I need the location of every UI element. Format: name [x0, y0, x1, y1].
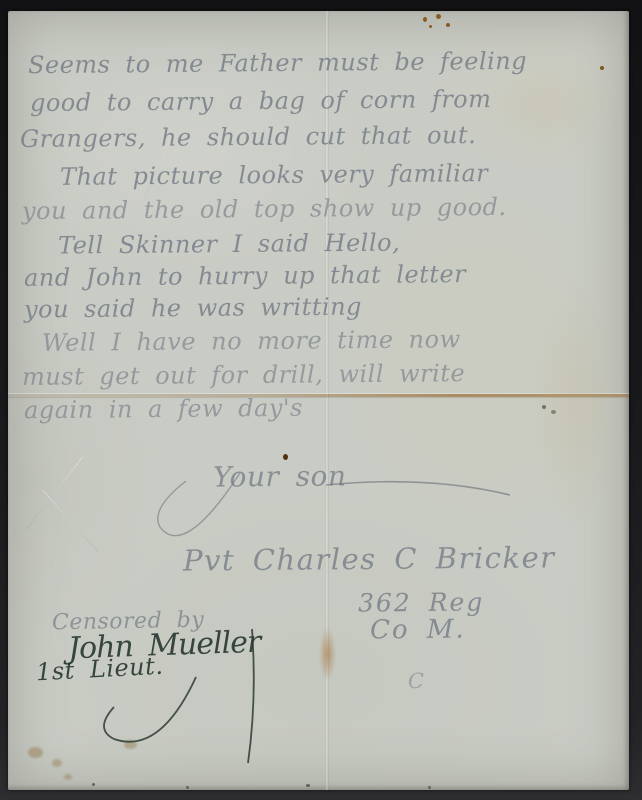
letter-line: Seems to me Father must be feeling [28, 49, 527, 77]
rust-speck [446, 23, 450, 27]
foxing-stain [28, 747, 43, 758]
letter-line: good to carry a bag of corn from [30, 87, 492, 115]
foxing-stain [64, 774, 72, 780]
letter-line: Grangers, he should cut that out. [20, 123, 476, 151]
letter-line: That picture looks very familiar [60, 161, 488, 189]
discoloration-patch [532, 291, 618, 521]
letter-line: and John to hurry up that letter [24, 262, 466, 290]
edge-speck [186, 786, 189, 789]
letter-line: you said he was writting [24, 295, 362, 322]
censor-rank: 1st Lieut. [35, 654, 163, 685]
letter-line: you and the old top show up good. [22, 195, 507, 223]
photo-background: Seems to me Father must be feeling good … [0, 0, 642, 800]
letter-paper: Seems to me Father must be feeling good … [8, 11, 629, 790]
foxing-stain [124, 740, 137, 749]
rust-speck [600, 66, 604, 70]
stray-pencil-mark: C [408, 671, 425, 692]
foxing-stain [52, 759, 62, 767]
letter-line: must get out for drill, will write [22, 361, 465, 389]
signature-company: Co M. [370, 617, 466, 644]
letter-line: Well I have no more time now [42, 327, 461, 355]
edge-speck [306, 784, 310, 787]
signature-regiment: 362 Reg [358, 589, 485, 615]
letter-line: again in a few day's [24, 396, 303, 422]
signature-name: Pvt Charles C Bricker [183, 543, 556, 575]
rust-speck [429, 25, 432, 28]
discoloration-patch [484, 63, 608, 149]
edge-speck [92, 783, 95, 786]
fold-stain [319, 627, 336, 681]
letter-signoff: Your son [213, 462, 347, 491]
rust-speck [423, 17, 427, 22]
paper-wrinkle [26, 456, 83, 529]
letter-line: Tell Skinner I said Hello, [58, 231, 400, 258]
edge-speck [428, 786, 431, 789]
rust-speck [436, 14, 441, 19]
paper-wrinkle [42, 489, 99, 552]
